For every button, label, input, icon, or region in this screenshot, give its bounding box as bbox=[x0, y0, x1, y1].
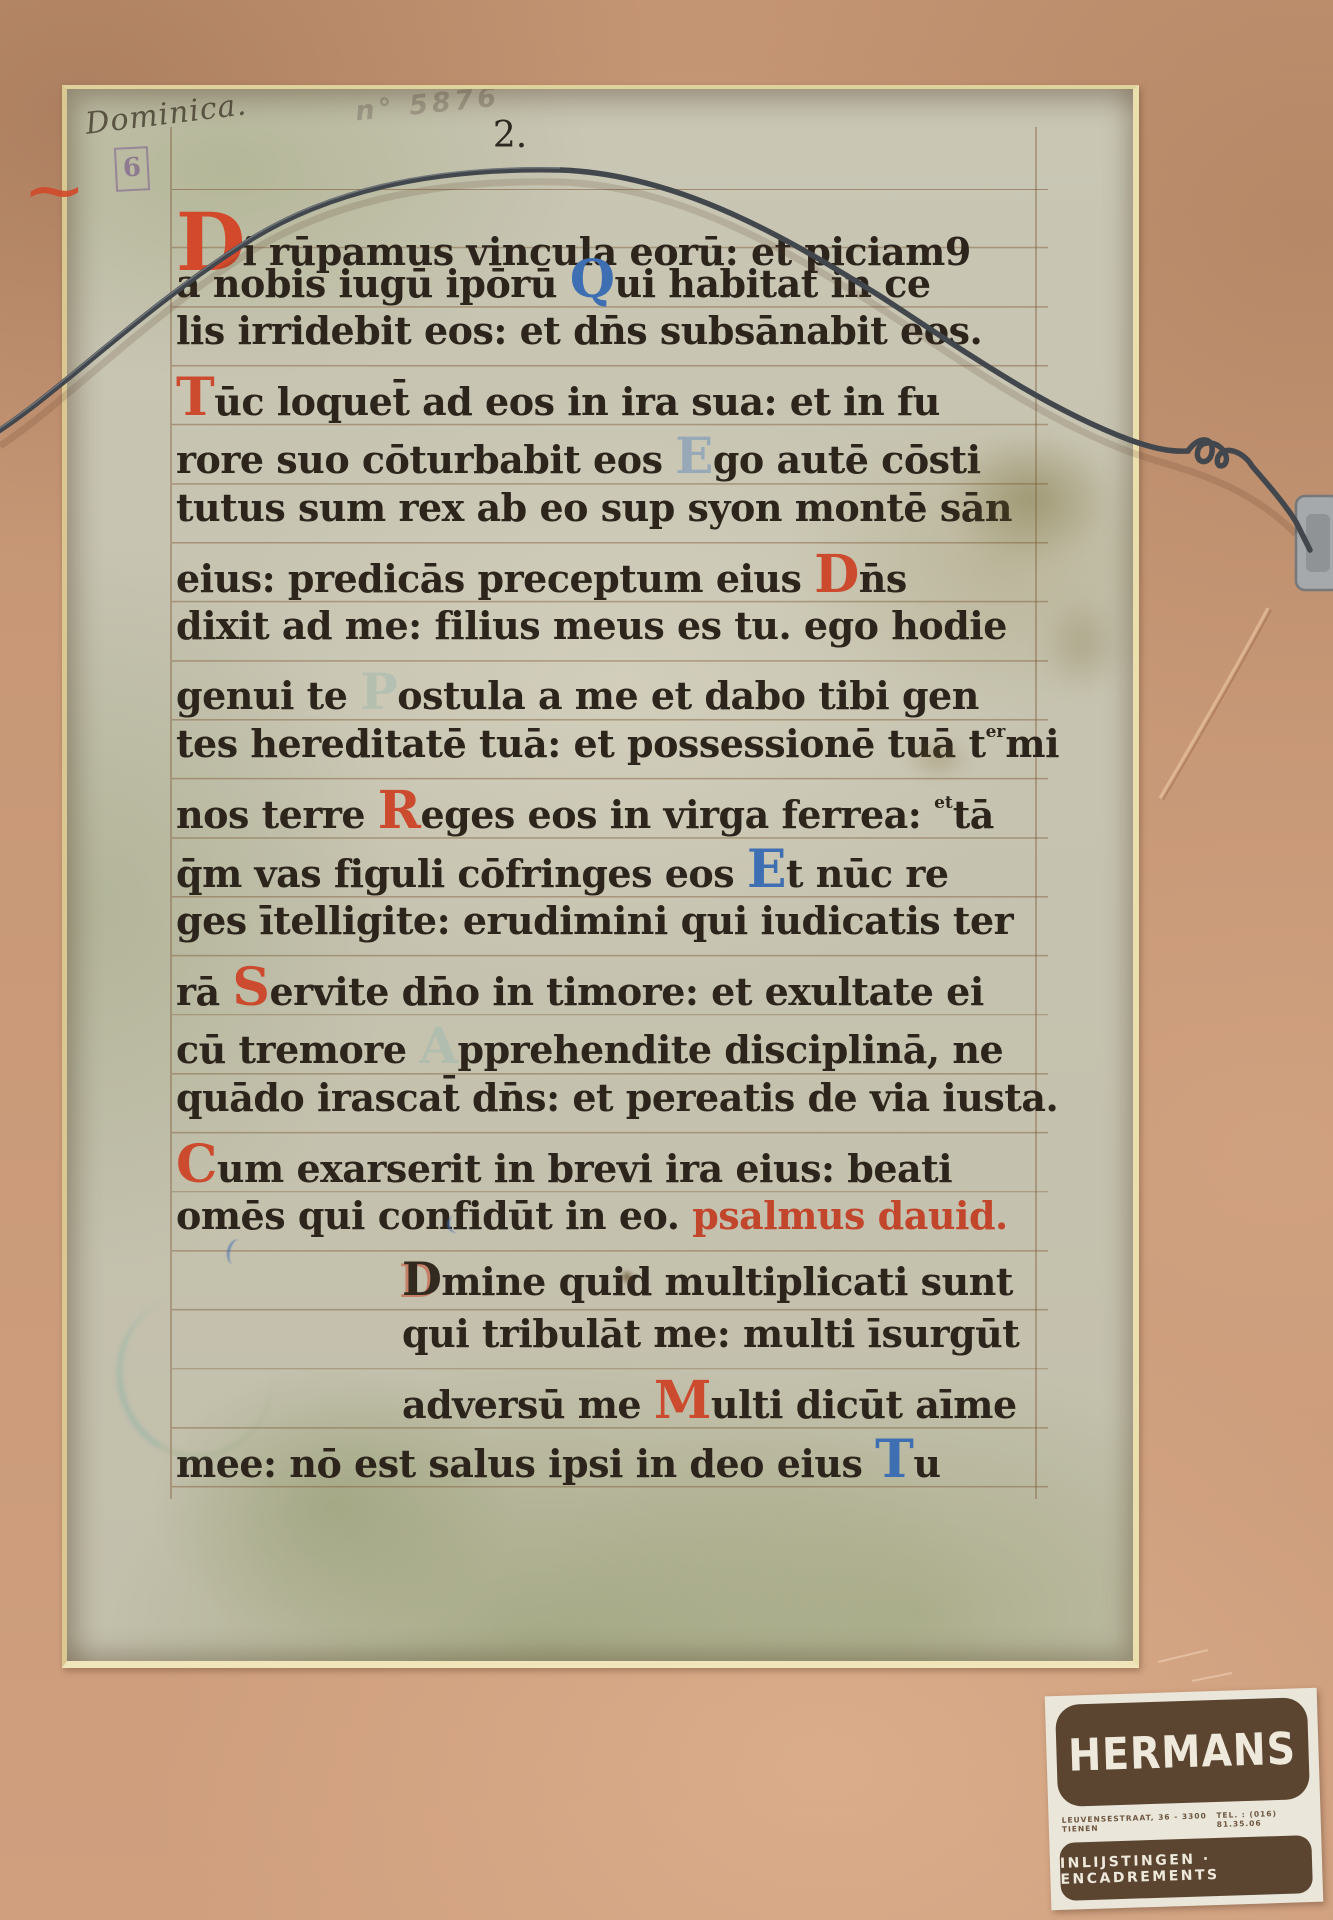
illuminated-initial: M bbox=[654, 1370, 711, 1431]
manuscript-line: rore suo cōturbabit eos Ego autē cōsti bbox=[172, 426, 1048, 485]
text-segment: ges ītelligite: erudimini qui iudicatis … bbox=[176, 898, 1013, 943]
text-segment: ostula a me et dabo tibi gen bbox=[397, 673, 979, 718]
text-segment: q̄m vas figuli cōfringes eos bbox=[176, 851, 747, 896]
manuscript-line: a nobis iugū ipōrū Qui habitat in ce bbox=[172, 249, 1048, 308]
text-segment: pprehendite disciplinā, ne bbox=[458, 1027, 1004, 1072]
text-segment: tes hereditatē tuā: et possessionē tuā t bbox=[176, 721, 986, 766]
manuscript-line: lis irridebit eos: et dn̄s subsānabit eo… bbox=[172, 308, 1048, 367]
text-segment: u bbox=[913, 1441, 940, 1486]
text-segment: genui te bbox=[176, 673, 360, 718]
mat-window-with-vellum-leaf: Dominica. 6 n° 5876 2. Di rūpamus vincul… bbox=[62, 85, 1139, 1668]
manuscript-line: cū tremore Apprehendite disciplinā, ne bbox=[172, 1016, 1048, 1075]
text-segment: psalmus dauid. bbox=[692, 1193, 1008, 1238]
manuscript-line: Dmine quid multiplicati sunt bbox=[172, 1252, 1048, 1311]
text-segment: t nūc re bbox=[786, 851, 949, 896]
text-segment: eius: predicās preceptum eius bbox=[176, 556, 814, 601]
illuminated-initial: D bbox=[814, 544, 859, 605]
illuminated-initial: Q bbox=[570, 249, 615, 310]
text-segment: rore suo cōturbabit eos bbox=[176, 437, 675, 482]
sticker-address-row: LEUVENSESTRAAT, 36 - 3300 TIENEN TEL. : … bbox=[1059, 1809, 1311, 1833]
mat-scratch bbox=[1158, 1650, 1232, 1681]
manuscript-line: eius: predicās preceptum eius Dn̄s bbox=[172, 544, 1048, 603]
ink-inscription-dominica: Dominica. bbox=[83, 87, 248, 142]
illuminated-initial: S bbox=[232, 957, 269, 1018]
text-segment: quādo irascat̄ dn̄s: et pereatis de via … bbox=[176, 1075, 1058, 1120]
text-segment: ūc loquet̄ ad eos in ira sua: et in fu bbox=[214, 379, 940, 424]
manuscript-text: Di rūpamus vincula eorū: et piciam9a nob… bbox=[172, 189, 1048, 1488]
text-segment: adversū me bbox=[402, 1382, 654, 1427]
text-segment: lis irridebit eos: et dn̄s subsānabit eo… bbox=[176, 308, 982, 353]
manuscript-line: rā Servite dn̄o in timore: et exultate e… bbox=[172, 957, 1048, 1016]
manuscript-line: mee: nō est salus ipsi in deo eius Tu bbox=[172, 1429, 1048, 1488]
photo-of-framed-manuscript: { "photo_subject": "Back-matted medieval… bbox=[0, 0, 1333, 1920]
text-segment: omēs qui confidūt in eo. bbox=[176, 1193, 692, 1238]
text-segment: nos terre bbox=[176, 792, 378, 837]
manuscript-line: dixit ad me: filius meus es tu. ego hodi… bbox=[172, 603, 1048, 662]
text-segment: qui tribulāt me: multi īsurgūt bbox=[402, 1311, 1019, 1356]
folio-number: 2. bbox=[465, 115, 555, 156]
sticker-brand-box: HERMANS bbox=[1055, 1697, 1310, 1807]
margin-stain bbox=[1042, 594, 1122, 694]
manuscript-line: qui tribulāt me: multi īsurgūt bbox=[172, 1311, 1048, 1370]
initial-flourish: ~ bbox=[23, 158, 129, 204]
manuscript-line: Tūc loquet̄ ad eos in ira sua: et in fu bbox=[172, 367, 1048, 426]
illuminated-initial: A bbox=[419, 1016, 457, 1075]
text-segment: eges eos in virga ferrea: bbox=[421, 792, 935, 837]
text-segment: mi bbox=[1005, 721, 1059, 766]
manuscript-line: tutus sum rex ab eo sup syon montē sān bbox=[172, 485, 1048, 544]
illuminated-initial: D bbox=[176, 195, 242, 289]
text-segment: mine quid multiplicati sunt bbox=[441, 1259, 1013, 1304]
text-segment: rā bbox=[176, 969, 232, 1014]
illuminated-initial: P bbox=[360, 662, 397, 721]
manuscript-line: tes hereditatē tuā: et possessionē tuā t… bbox=[172, 721, 1048, 780]
illuminated-initial: T bbox=[176, 367, 214, 428]
manuscript-line: omēs qui confidūt in eo. psalmus dauid. bbox=[172, 1193, 1048, 1252]
hanger-bracket bbox=[1296, 496, 1333, 590]
manuscript-line: Cum exarserit in brevi ira eius: beati bbox=[172, 1134, 1048, 1193]
sticker-address: LEUVENSESTRAAT, 36 - 3300 TIENEN bbox=[1061, 1811, 1216, 1834]
sticker-brand-text: HERMANS bbox=[1068, 1723, 1297, 1782]
text-segment: cū tremore bbox=[176, 1027, 419, 1072]
sticker-services-text: INLIJSTINGEN · ENCADREMENTS bbox=[1060, 1848, 1313, 1888]
illuminated-initial: C bbox=[176, 1134, 217, 1195]
manuscript-line: adversū me Multi dicūt aīme bbox=[172, 1370, 1048, 1429]
text-segment: er bbox=[986, 722, 1006, 742]
mat-crack bbox=[1160, 608, 1268, 798]
text-segment: tā bbox=[953, 792, 994, 837]
manuscript-line: ges ītelligite: erudimini qui iudicatis … bbox=[172, 898, 1048, 957]
manuscript-line: q̄m vas figuli cōfringes eos Et nūc re bbox=[172, 839, 1048, 898]
illuminated-initial: R bbox=[378, 780, 421, 841]
manuscript-line: quādo irascat̄ dn̄s: et pereatis de via … bbox=[172, 1075, 1048, 1134]
illuminated-initial: D bbox=[402, 1252, 441, 1306]
manuscript-line: nos terre Reges eos in virga ferrea: ett… bbox=[172, 780, 1048, 839]
framer-sticker: HERMANS LEUVENSESTRAAT, 36 - 3300 TIENEN… bbox=[1045, 1688, 1324, 1910]
sticker-services-box: INLIJSTINGEN · ENCADREMENTS bbox=[1059, 1835, 1313, 1901]
text-segment: ulti dicūt aīme bbox=[711, 1382, 1017, 1427]
text-segment: um exarserit in brevi ira eius: beati bbox=[217, 1146, 952, 1191]
sticker-phone: TEL. : (016) 81.35.06 bbox=[1216, 1808, 1308, 1829]
text-segment: tutus sum rex ab eo sup syon montē sān bbox=[176, 485, 1012, 530]
text-segment: go autē cōsti bbox=[713, 437, 981, 482]
illuminated-initial: E bbox=[675, 426, 713, 485]
text-segment: dixit ad me: filius meus es tu. ego hodi… bbox=[176, 603, 1007, 648]
text-segment: ui habitat in ce bbox=[614, 261, 930, 306]
illuminated-initial: E bbox=[747, 839, 786, 900]
manuscript-line: genui te Postula a me et dabo tibi gen bbox=[172, 662, 1048, 721]
text-segment: n̄s bbox=[859, 556, 907, 601]
manuscript-line: Di rūpamus vincula eorū: et piciam9 bbox=[172, 190, 1048, 249]
text-segment: mee: nō est salus ipsi in deo eius bbox=[176, 1441, 875, 1486]
illuminated-initial: T bbox=[875, 1429, 913, 1490]
text-segment: ervite dn̄o in timore: et exultate ei bbox=[269, 969, 983, 1014]
text-segment: et bbox=[934, 793, 953, 813]
